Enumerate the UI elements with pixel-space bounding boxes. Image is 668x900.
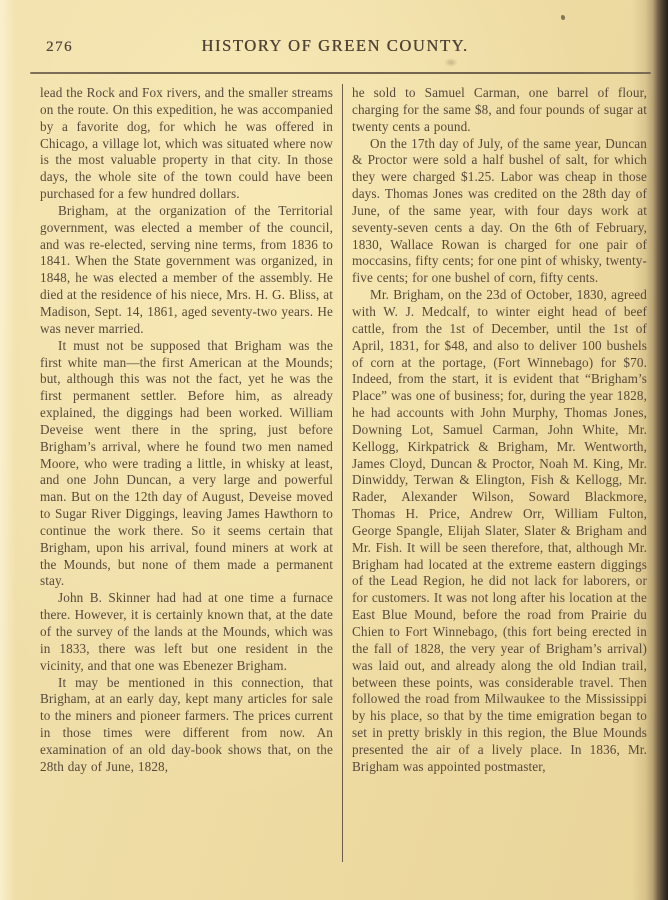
paragraph: he sold to Samuel Carman, one barrel of … <box>352 85 647 136</box>
paragraph: It may be mentioned in this connection, … <box>40 675 333 776</box>
scan-speck <box>561 15 565 20</box>
paragraph: Brigham, at the organization of the Terr… <box>40 203 333 338</box>
page-edge-highlight <box>0 0 16 900</box>
page-header: 276 HISTORY OF GREEN COUNTY. <box>46 36 624 60</box>
paragraph: Mr. Brigham, on the 23d of October, 1830… <box>352 287 647 775</box>
column-divider-rule <box>342 84 343 862</box>
header-rule <box>30 72 651 74</box>
paragraph: John B. Skinner had had at one time a fu… <box>40 590 333 674</box>
right-column: he sold to Samuel Carman, one barrel of … <box>352 85 647 776</box>
left-column: lead the Rock and Fox rivers, and the sm… <box>40 85 333 776</box>
paragraph: On the 17th day of July, of the same yea… <box>352 136 647 288</box>
paragraph: lead the Rock and Fox rivers, and the sm… <box>40 85 333 203</box>
book-page-scan: 276 HISTORY OF GREEN COUNTY. lead the Ro… <box>0 0 668 900</box>
running-title: HISTORY OF GREEN COUNTY. <box>46 36 624 56</box>
paragraph: It must not be supposed that Brigham was… <box>40 338 333 591</box>
